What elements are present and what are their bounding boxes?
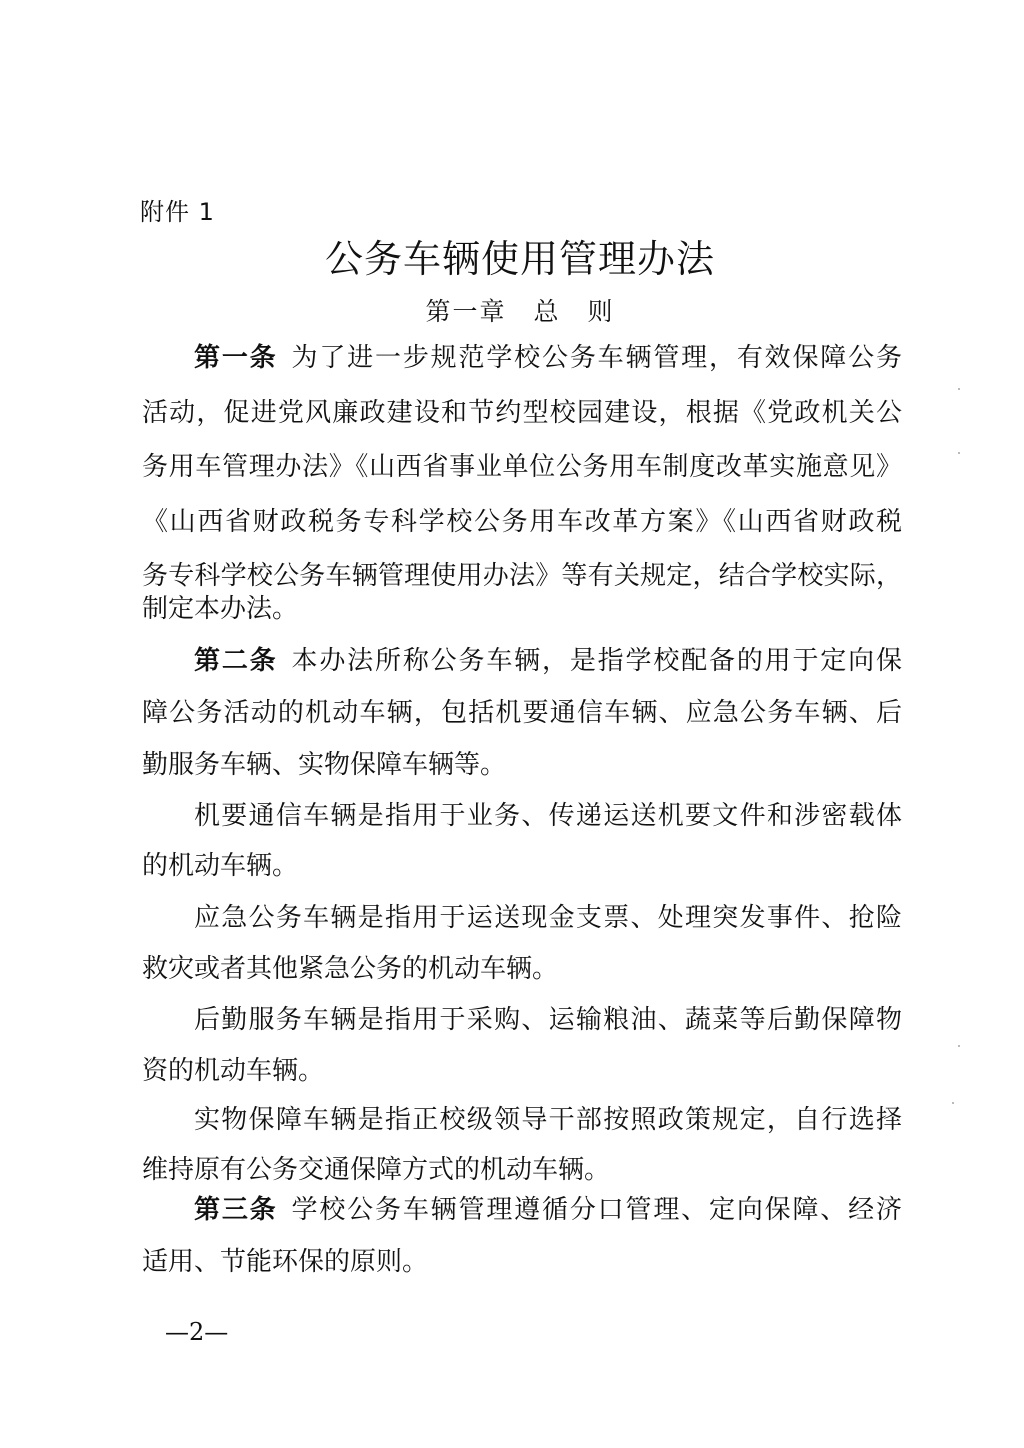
document-title: 公务车辆使用管理办法	[0, 228, 1024, 283]
article-3-line-2: 适用、节能环保的原则。	[142, 1242, 902, 1282]
scan-speck	[952, 1102, 954, 1104]
definition-1-line-1: 机要通信车辆是指用于业务、传递运送机要文件和涉密载体	[194, 796, 902, 836]
article-1-line-4: 《山西省财政税务专科学校公务用车改革方案》《山西省财政税	[142, 502, 902, 542]
page-number: —2—	[165, 1318, 228, 1346]
definition-4-line-1: 实物保障车辆是指正校级领导干部按照政策规定，自行选择	[194, 1100, 902, 1140]
article-1-line-6: 制定本办法。	[142, 589, 902, 629]
attachment-label: 附件 1	[140, 192, 215, 227]
definition-2-line-2: 救灾或者其他紧急公务的机动车辆。	[142, 949, 902, 989]
scan-speck	[958, 388, 960, 390]
definition-3-line-1: 后勤服务车辆是指用于采购、运输粮油、蔬菜等后勤保障物	[194, 1000, 902, 1040]
article-2-line-2: 障公务活动的机动车辆，包括机要通信车辆、应急公务车辆、后	[142, 693, 902, 733]
scan-speck	[958, 1045, 960, 1047]
scan-speck	[958, 452, 960, 454]
article-label: 第三条	[194, 1195, 278, 1225]
article-1-line-2: 活动，促进党风廉政建设和节约型校园建设，根据《党政机关公	[142, 393, 902, 433]
document-page: 附件 1 公务车辆使用管理办法 第一章 总 则 第一条为了进一步规范学校公务车辆…	[0, 0, 1024, 1448]
article-1-line-1: 第一条为了进一步规范学校公务车辆管理，有效保障公务	[194, 338, 902, 378]
chapter-heading: 第一章 总 则	[0, 292, 1024, 328]
definition-4-line-2: 维持原有公务交通保障方式的机动车辆。	[142, 1150, 902, 1190]
definition-3-line-2: 资的机动车辆。	[142, 1051, 902, 1091]
article-2-line-3: 勤服务车辆、实物保障车辆等。	[142, 745, 902, 785]
definition-2-line-1: 应急公务车辆是指用于运送现金支票、处理突发事件、抢险	[194, 898, 902, 938]
article-1-line-3: 务用车管理办法》《山西省事业单位公务用车制度改革实施意见》	[142, 447, 902, 487]
article-2-line-1: 第二条本办法所称公务车辆，是指学校配备的用于定向保	[194, 641, 902, 681]
article-3-line-1: 第三条学校公务车辆管理遵循分口管理、定向保障、经济	[194, 1190, 902, 1230]
definition-1-line-2: 的机动车辆。	[142, 846, 902, 886]
article-label: 第二条	[194, 646, 278, 676]
article-label: 第一条	[194, 343, 278, 373]
